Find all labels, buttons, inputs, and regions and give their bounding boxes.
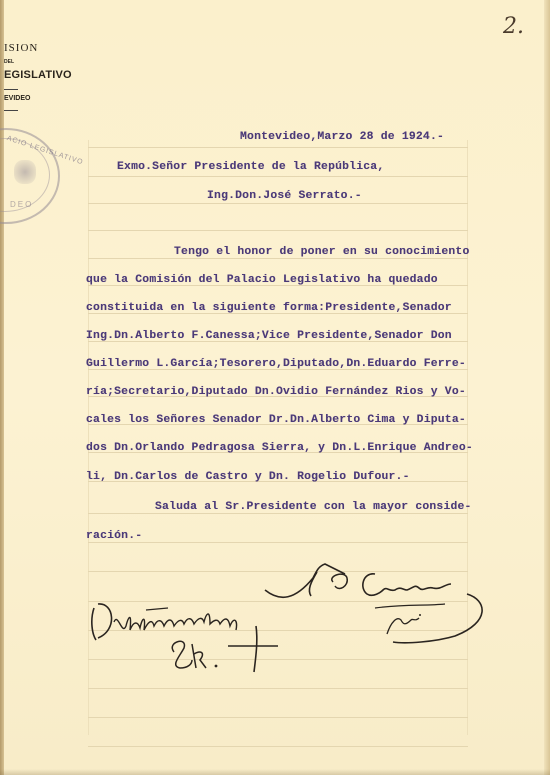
rule-line (88, 147, 468, 148)
rule-line (88, 717, 468, 718)
rule-line (88, 513, 468, 514)
president-signature (255, 560, 495, 650)
rule-line (88, 746, 468, 747)
secretary-signature (88, 590, 278, 675)
body-line: cales los Señores Senador Dr.Dn.Alberto … (86, 414, 466, 426)
rule-line (88, 258, 468, 259)
body-line: dos Dn.Orlando Pedragosa Sierra, y Dn.L.… (86, 442, 473, 454)
body-line: que la Comisión del Palacio Legislativo … (86, 274, 438, 286)
rule-line (88, 203, 468, 204)
letterhead-divider (4, 110, 18, 111)
date-line: Montevideo,Marzo 28 de 1924.- (240, 131, 444, 143)
letterhead-line-2: DEL (4, 59, 72, 65)
letterhead-line-1: ISION (4, 42, 72, 54)
rule-line (88, 230, 468, 231)
letterhead: ISION DEL EGISLATIVO EVIDEO (4, 42, 72, 111)
addressee-line-1: Exmo.Señor Presidente de la República, (117, 161, 384, 173)
document-page: ISION DEL EGISLATIVO EVIDEO ACIO LEGISLA… (0, 0, 550, 775)
body-line: li, Dn.Carlos de Castro y Dn. Rogelio Du… (86, 471, 410, 483)
page-right-edge (544, 0, 550, 775)
addressee-line-2: Ing.Don.José Serrato.- (207, 190, 362, 202)
closing-line-2: ración.- (86, 530, 142, 542)
letterhead-line-4: EVIDEO (4, 95, 72, 102)
rule-line (88, 542, 468, 543)
page-bottom-shadow (0, 769, 550, 775)
rule-line (88, 688, 468, 689)
body-line: Tengo el honor de poner en su conocimien… (174, 246, 470, 258)
body-line: Ing.Dn.Alberto F.Canessa;Vice Presidente… (86, 330, 452, 342)
seal-emblem-icon (14, 160, 36, 184)
letterhead-line-3: EGISLATIVO (4, 69, 72, 81)
body-line: ría;Secretario,Diputado Dn.Ovidio Fernán… (86, 386, 466, 398)
folio-number: 2. (503, 14, 524, 39)
body-line: constituida en la siguiente forma:Presid… (86, 302, 452, 314)
rule-line (88, 176, 468, 177)
page-left-edge (0, 0, 4, 775)
seal-text-bottom: DEO (10, 200, 33, 209)
closing-line-1: Saluda al Sr.Presidente con la mayor con… (155, 501, 472, 513)
body-line: Guillermo L.García;Tesorero,Diputado,Dn.… (86, 358, 466, 370)
letterhead-divider (4, 89, 18, 90)
